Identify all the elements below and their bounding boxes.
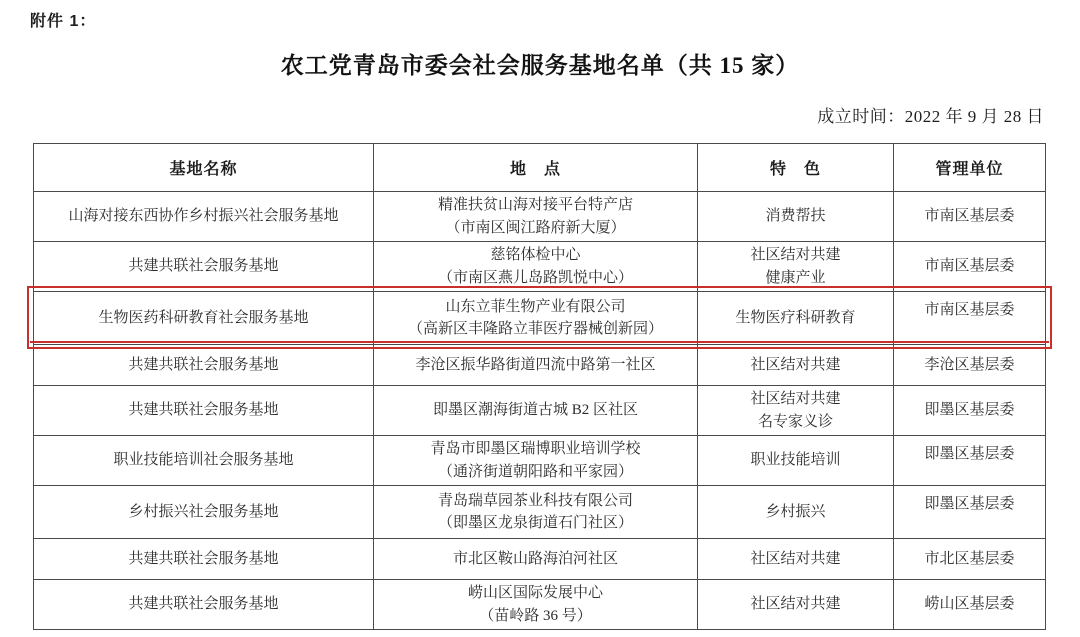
manager-cell: 崂山区基层委 <box>894 580 1046 630</box>
base-name-cell: 山海对接东西协作乡村振兴社会服务基地 <box>34 192 374 242</box>
table-row: 山海对接东西协作乡村振兴社会服务基地精准扶贫山海对接平台特产店 （市南区闽江路府… <box>34 192 1046 242</box>
feature-cell: 社区结对共建 <box>698 345 894 386</box>
table-row: 职业技能培训社会服务基地青岛市即墨区瑞博职业培训学校 （通济街道朝阳路和平家园）… <box>34 436 1046 486</box>
location-cell: 市北区鞍山路海泊河社区 <box>374 539 698 580</box>
location-cell: 青岛瑞草园茶业科技有限公司 （即墨区龙泉街道石门社区） <box>374 486 698 539</box>
location-cell: 崂山区国际发展中心 （苗岭路 36 号） <box>374 580 698 630</box>
manager-cell: 市南区基层委 <box>894 242 1046 292</box>
table-row: 共建共联社会服务基地李沧区振华路街道四流中路第一社区社区结对共建李沧区基层委 <box>34 345 1046 386</box>
feature-cell: 社区结对共建 <box>698 580 894 630</box>
feature-cell: 社区结对共建 <box>698 539 894 580</box>
manager-cell: 市南区基层委 <box>894 192 1046 242</box>
feature-cell: 职业技能培训 <box>698 436 894 486</box>
header-cell-location: 地 点 <box>374 144 698 192</box>
table-row: 共建共联社会服务基地即墨区潮海街道古城 B2 区社区社区结对共建 名专家义诊即墨… <box>34 386 1046 436</box>
manager-cell: 即墨区基层委 <box>894 436 1046 486</box>
base-name-cell: 生物医药科研教育社会服务基地 <box>34 292 374 345</box>
table-row: 生物医药科研教育社会服务基地山东立菲生物产业有限公司 （高新区丰隆路立菲医疗器械… <box>34 292 1046 345</box>
manager-cell: 市南区基层委 <box>894 292 1046 345</box>
manager-cell: 李沧区基层委 <box>894 345 1046 386</box>
location-cell: 精准扶贫山海对接平台特产店 （市南区闽江路府新大厦） <box>374 192 698 242</box>
header-cell-feature: 特 色 <box>698 144 894 192</box>
feature-cell: 社区结对共建 名专家义诊 <box>698 386 894 436</box>
attachment-label: 附件 1： <box>30 8 96 31</box>
location-cell: 李沧区振华路街道四流中路第一社区 <box>374 345 698 386</box>
base-name-cell: 乡村振兴社会服务基地 <box>34 486 374 539</box>
table-row: 乡村振兴社会服务基地青岛瑞草园茶业科技有限公司 （即墨区龙泉街道石门社区）乡村振… <box>34 486 1046 539</box>
header-cell-base-name: 基地名称 <box>34 144 374 192</box>
base-name-cell: 共建共联社会服务基地 <box>34 580 374 630</box>
location-cell: 青岛市即墨区瑞博职业培训学校 （通济街道朝阳路和平家园） <box>374 436 698 486</box>
location-cell: 慈铭体检中心 （市南区燕儿岛路凯悦中心） <box>374 242 698 292</box>
table-header-row: 基地名称 地 点 特 色 管理单位 <box>34 144 1046 192</box>
manager-cell: 即墨区基层委 <box>894 486 1046 539</box>
header-cell-manager: 管理单位 <box>894 144 1046 192</box>
feature-cell: 乡村振兴 <box>698 486 894 539</box>
base-name-cell: 职业技能培训社会服务基地 <box>34 436 374 486</box>
established-date: 成立时间：2022 年 9 月 28 日 <box>817 102 1044 127</box>
base-name-cell: 共建共联社会服务基地 <box>34 242 374 292</box>
table-body: 山海对接东西协作乡村振兴社会服务基地精准扶贫山海对接平台特产店 （市南区闽江路府… <box>34 192 1046 630</box>
base-name-cell: 共建共联社会服务基地 <box>34 386 374 436</box>
location-cell: 即墨区潮海街道古城 B2 区社区 <box>374 386 698 436</box>
table-row: 共建共联社会服务基地慈铭体检中心 （市南区燕儿岛路凯悦中心）社区结对共建 健康产… <box>34 242 1046 292</box>
feature-cell: 消费帮扶 <box>698 192 894 242</box>
base-name-cell: 共建共联社会服务基地 <box>34 539 374 580</box>
feature-cell: 社区结对共建 健康产业 <box>698 242 894 292</box>
manager-cell: 即墨区基层委 <box>894 386 1046 436</box>
table-row: 共建共联社会服务基地市北区鞍山路海泊河社区社区结对共建市北区基层委 <box>34 539 1046 580</box>
location-cell: 山东立菲生物产业有限公司 （高新区丰隆路立菲医疗器械创新园） <box>374 292 698 345</box>
manager-cell: 市北区基层委 <box>894 539 1046 580</box>
feature-cell: 生物医疗科研教育 <box>698 292 894 345</box>
bases-table: 基地名称 地 点 特 色 管理单位 山海对接东西协作乡村振兴社会服务基地精准扶贫… <box>33 143 1046 630</box>
page-title: 农工党青岛市委会社会服务基地名单（共 15 家） <box>0 47 1080 80</box>
table-row: 共建共联社会服务基地崂山区国际发展中心 （苗岭路 36 号）社区结对共建崂山区基… <box>34 580 1046 630</box>
base-name-cell: 共建共联社会服务基地 <box>34 345 374 386</box>
